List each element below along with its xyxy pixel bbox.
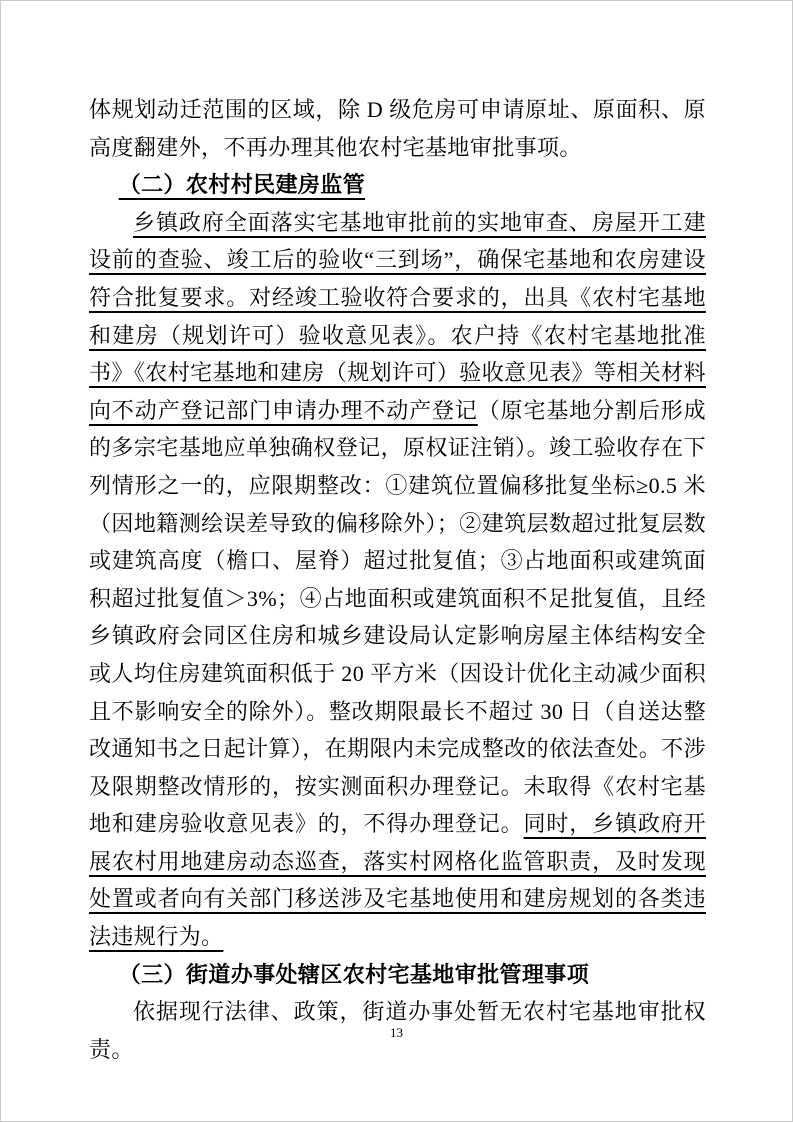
text-segment: （三）街道办事处辖区农村宅基地审批管理事项 — [119, 962, 589, 987]
text-segment: 体规划动迁范围的区域，除 D 级危房可申请原址、原面积、原高度翻建外，不再办理其… — [89, 97, 706, 160]
section-heading: （二）农村村民建房监管 — [89, 166, 706, 204]
text-segment: （原宅基地分割后形成的多宗宅基地应单独确权登记，原权证注销）。竣工验收存在下列情… — [89, 398, 706, 837]
text-segment: （二）农村村民建房监管 — [119, 172, 365, 197]
paragraph: 乡镇政府全面落实宅基地审批前的实地审查、房屋开工建设前的查验、竣工后的验收“三到… — [89, 204, 706, 956]
document-body: 体规划动迁范围的区域，除 D 级危房可申请原址、原面积、原高度翻建外，不再办理其… — [89, 91, 706, 1068]
page-number: 13 — [1, 1025, 792, 1041]
paragraph: 体规划动迁范围的区域，除 D 级危房可申请原址、原面积、原高度翻建外，不再办理其… — [89, 91, 706, 166]
text-segment: 乡镇政府全面落实宅基地审批前的实地审查、房屋开工建设前的查验、竣工后的验收“三到… — [89, 210, 706, 423]
section-heading: （三）街道办事处辖区农村宅基地审批管理事项 — [89, 956, 706, 994]
document-page: 体规划动迁范围的区域，除 D 级危房可申请原址、原面积、原高度翻建外，不再办理其… — [0, 0, 793, 1122]
